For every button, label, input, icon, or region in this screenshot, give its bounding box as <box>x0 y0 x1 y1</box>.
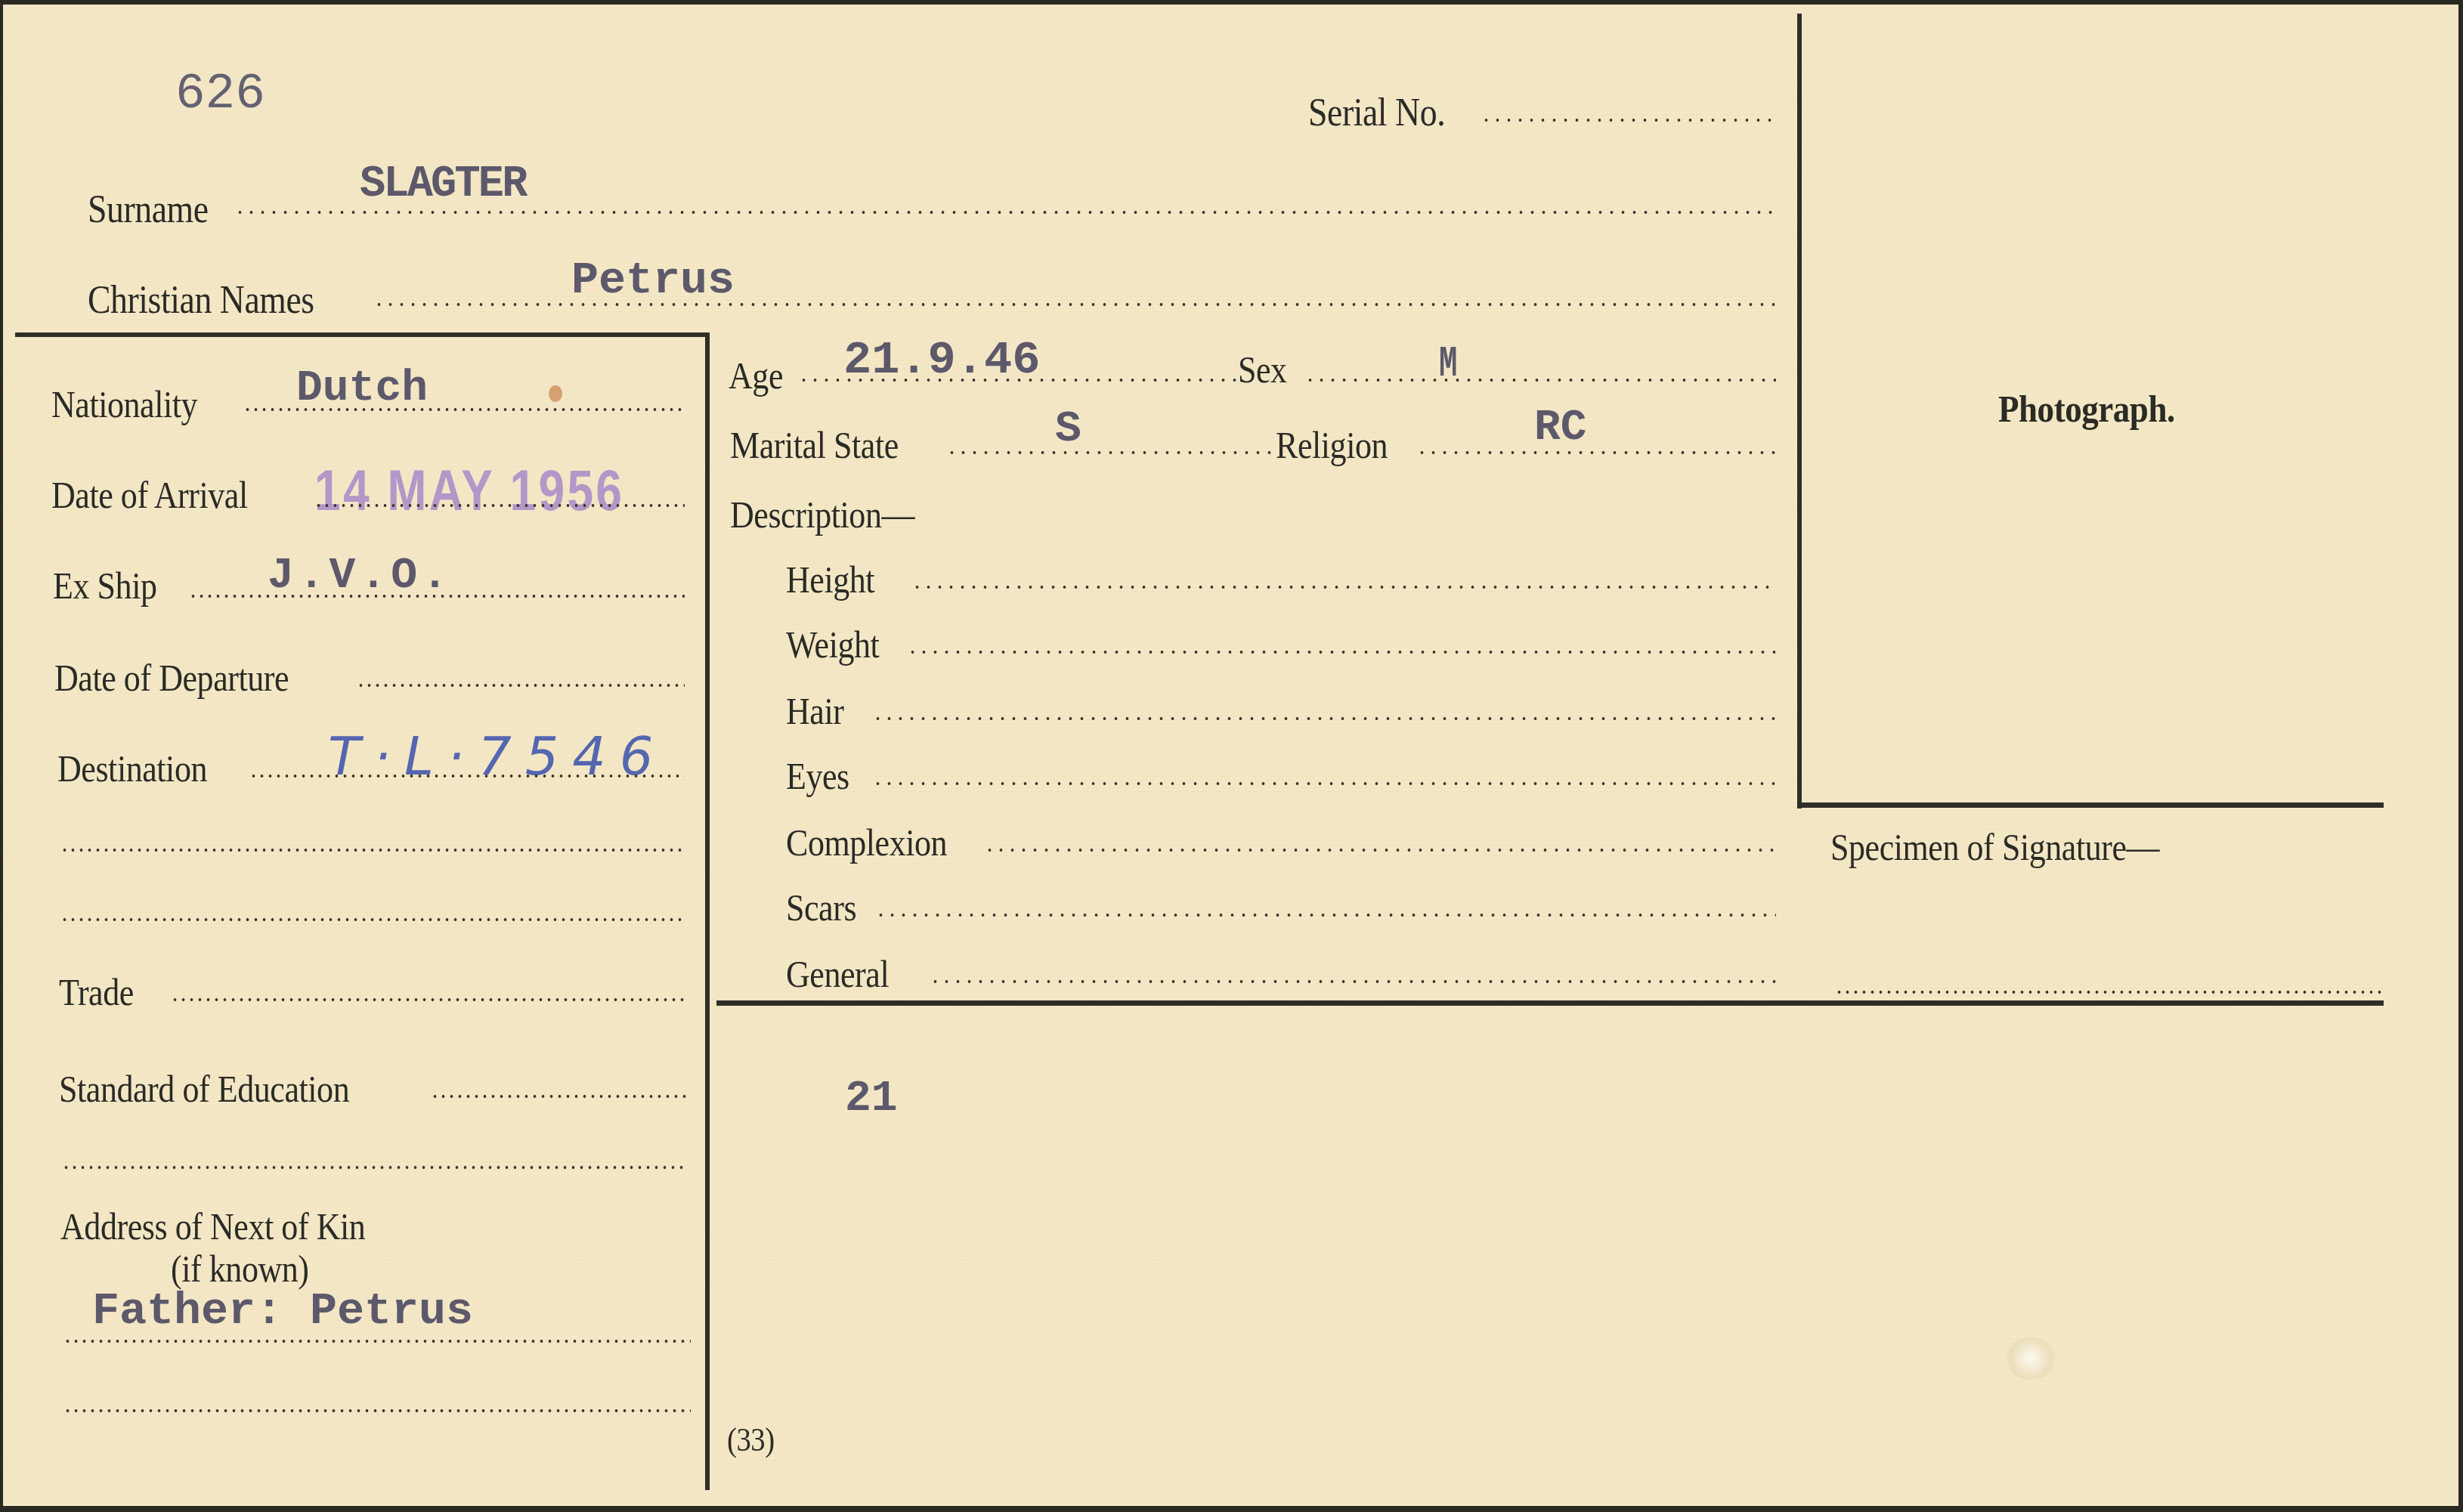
description-general-label: General <box>786 955 889 993</box>
ink-spot <box>549 385 562 402</box>
description-height-label: Height <box>786 561 874 598</box>
serial-no-field[interactable] <box>1481 118 1775 122</box>
surname-field[interactable] <box>234 210 1776 215</box>
description-general-field[interactable] <box>930 979 1776 984</box>
photo-box-left-rule <box>1797 14 1802 809</box>
religion-value: RC <box>1534 407 1587 450</box>
description-bottom-rule <box>716 1000 2384 1006</box>
next-of-kin-label: Address of Next of Kin <box>60 1207 365 1245</box>
surname-value: SLAGTER <box>360 162 525 207</box>
surname-label: Surname <box>88 190 209 230</box>
record-number: 626 <box>175 70 265 119</box>
education-extra-line[interactable] <box>62 1165 688 1170</box>
photograph-label: Photograph. <box>1998 390 2175 428</box>
age-value: 21.9.46 <box>843 337 1040 384</box>
description-complexion-label: Complexion <box>786 824 947 861</box>
next-of-kin-field[interactable] <box>63 1339 691 1343</box>
date-of-departure-field[interactable] <box>357 683 685 688</box>
age-label: Age <box>729 357 783 394</box>
paper-blemish <box>2004 1337 2057 1380</box>
description-weight-field[interactable] <box>907 650 1776 654</box>
sex-label: Sex <box>1238 351 1287 388</box>
trade-label: Trade <box>59 973 134 1011</box>
trade-field[interactable] <box>171 997 688 1002</box>
date-of-arrival-label: Date of Arrival <box>51 476 248 514</box>
ex-ship-field[interactable] <box>189 594 685 598</box>
next-of-kin-sublabel: (if known) <box>171 1250 309 1288</box>
ex-ship-value: J.V.O. <box>268 555 453 598</box>
arrival-date-stamp: 14 MAY 1956 <box>314 462 624 520</box>
form-code: (33) <box>727 1424 775 1457</box>
christian-names-label: Christian Names <box>88 281 314 320</box>
christian-names-field[interactable] <box>373 302 1776 307</box>
age-field[interactable] <box>798 378 1236 382</box>
nationality-label: Nationality <box>51 385 197 423</box>
description-eyes-label: Eyes <box>786 757 849 795</box>
next-of-kin-extra-line[interactable] <box>63 1408 691 1413</box>
serial-no-label: Serial No. <box>1308 94 1445 133</box>
destination-extra-line-2[interactable] <box>60 917 685 922</box>
immigration-record-card: 626 Serial No. Surname SLAGTER Christian… <box>3 5 2458 1506</box>
date-of-arrival-field[interactable] <box>314 503 685 508</box>
signature-field[interactable] <box>1835 990 2384 994</box>
description-weight-label: Weight <box>786 626 879 663</box>
description-hair-field[interactable] <box>872 716 1776 721</box>
education-label: Standard of Education <box>59 1070 349 1108</box>
destination-label: Destination <box>57 750 207 787</box>
nationality-field[interactable] <box>243 407 685 412</box>
notes-value: 21 <box>845 1078 898 1121</box>
destination-extra-line-1[interactable] <box>60 848 685 852</box>
sex-field[interactable] <box>1304 378 1776 382</box>
ex-ship-label: Ex Ship <box>53 567 157 604</box>
description-height-field[interactable] <box>911 585 1776 589</box>
description-scars-label: Scars <box>786 889 856 926</box>
left-column-divider <box>705 332 710 1490</box>
description-eyes-field[interactable] <box>872 781 1776 786</box>
marital-state-field[interactable] <box>946 450 1274 455</box>
next-of-kin-value: Father: Petrus <box>92 1289 473 1334</box>
description-label: Description— <box>730 496 914 533</box>
nationality-value: Dutch <box>296 367 428 411</box>
description-scars-field[interactable] <box>875 913 1776 917</box>
description-complexion-field[interactable] <box>984 848 1776 852</box>
education-field[interactable] <box>431 1094 688 1099</box>
religion-field[interactable] <box>1416 450 1776 455</box>
date-of-departure-label: Date of Departure <box>54 659 289 697</box>
signature-label: Specimen of Signature— <box>1830 828 2159 866</box>
description-hair-label: Hair <box>786 692 843 730</box>
marital-state-label: Marital State <box>730 426 899 464</box>
religion-label: Religion <box>1276 426 1388 464</box>
christian-names-value: Petrus <box>571 258 735 304</box>
top-horizontal-rule <box>15 332 708 337</box>
destination-field[interactable] <box>249 774 685 778</box>
marital-state-value: S <box>1055 408 1081 452</box>
photo-box-bottom-rule <box>1797 802 2384 808</box>
